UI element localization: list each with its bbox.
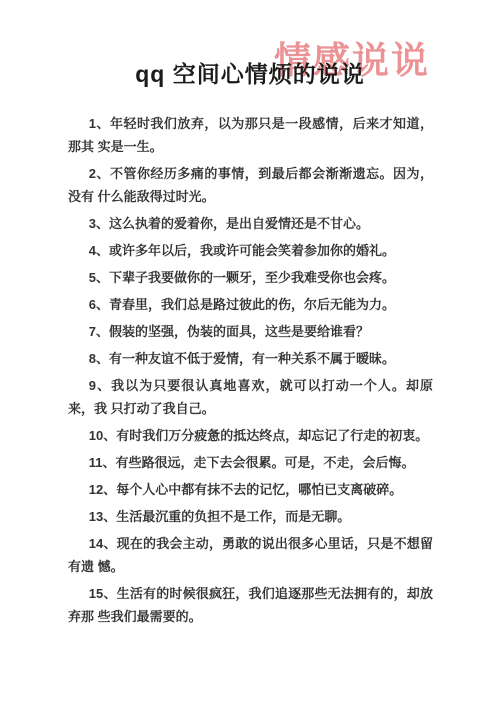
paragraph: 11、有些路很远，走下去会很累。可是，不走，会后悔。 bbox=[68, 451, 433, 474]
paragraph: 10、有时我们万分疲惫的抵达终点，却忘记了行走的初衷。 bbox=[68, 424, 433, 447]
article-page: 情感说说 qq 空间心情烦的说说 1、年轻时我们放弃，以为那只是一段感情，后来才… bbox=[0, 0, 500, 708]
paragraph: 2、不管你经历多痛的事情，到最后都会渐渐遗忘。因为，没有 什么能敌得过时光。 bbox=[68, 162, 433, 208]
paragraph: 8、有一种友谊不低于爱情，有一种关系不属于暧昧。 bbox=[68, 347, 433, 370]
paragraph: 5、下辈子我要做你的一颗牙，至少我难受你也会疼。 bbox=[68, 266, 433, 289]
paragraph: 7、假装的坚强，伪装的面具，这些是要给谁看？ bbox=[68, 320, 433, 343]
page-title: qq 空间心情烦的说说 bbox=[0, 0, 500, 90]
paragraph: 4、或许多年以后，我或许可能会笑着参加你的婚礼。 bbox=[68, 239, 433, 262]
paragraph: 12、每个人心中都有抹不去的记忆，哪怕已支离破碎。 bbox=[68, 478, 433, 501]
paragraph: 14、现在的我会主动，勇敢的说出很多心里话，只是不想留有遗 憾。 bbox=[68, 532, 433, 578]
paragraph: 13、生活最沉重的负担不是工作，而是无聊。 bbox=[68, 505, 433, 528]
paragraph: 15、生活有的时候很疯狂，我们追逐那些无法拥有的，却放弃那 些我们最需要的。 bbox=[68, 582, 433, 628]
article-body: 1、年轻时我们放弃，以为那只是一段感情，后来才知道，那其 实是一生。2、不管你经… bbox=[68, 112, 433, 628]
paragraph: 3、这么执着的爱着你，是出自爱情还是不甘心。 bbox=[68, 212, 433, 235]
paragraph: 9、我以为只要很认真地喜欢，就可以打动一个人。却原来，我 只打动了我自己。 bbox=[68, 374, 433, 420]
paragraph: 1、年轻时我们放弃，以为那只是一段感情，后来才知道，那其 实是一生。 bbox=[68, 112, 433, 158]
paragraph: 6、青春里，我们总是路过彼此的伤，尔后无能为力。 bbox=[68, 293, 433, 316]
